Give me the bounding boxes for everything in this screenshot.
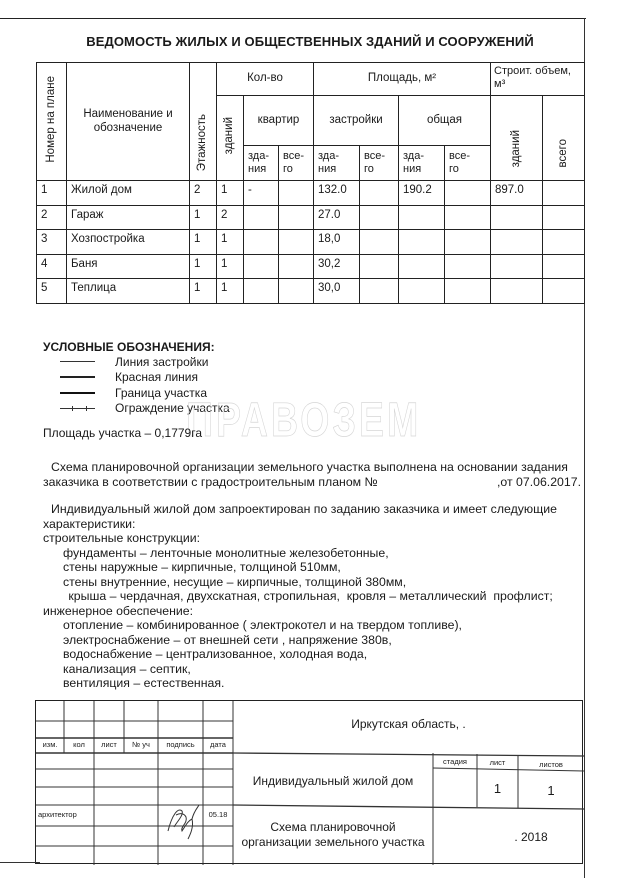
intro-line: характеристики: <box>43 517 583 532</box>
cell-apt-bld <box>244 230 279 255</box>
cell-apt-total <box>279 205 314 230</box>
object-name: Индивидуальный жилой дом <box>233 774 433 788</box>
cell-total-total <box>445 254 491 279</box>
header-area-built: застройки <box>314 96 399 146</box>
header-floors: Этажность <box>190 63 217 181</box>
sheet-title: Схема планировочной организации земельно… <box>233 820 433 850</box>
cell-apt-total <box>279 254 314 279</box>
signature-icon <box>164 801 200 841</box>
role-architect: архитектор <box>38 810 77 819</box>
cell-floors: 2 <box>190 181 217 206</box>
header-count: Кол-во <box>217 63 314 96</box>
cell-apt-total <box>279 230 314 255</box>
cell-buildings: 2 <box>217 205 244 230</box>
table-row: 2Гараж1227.0 <box>37 205 585 230</box>
header-area-total: общая <box>399 96 491 146</box>
stage-label: стадия <box>433 757 477 766</box>
cell-built-total <box>360 181 399 206</box>
sheet-title-line: Схема планировочной <box>233 820 433 835</box>
cell-apt-total <box>279 181 314 206</box>
tick-line-icon <box>60 408 95 409</box>
cell-num: 4 <box>37 254 67 279</box>
legend-item: Красная линия <box>43 370 230 386</box>
signature-date: 05.18 <box>203 810 233 819</box>
cell-total-bld <box>399 205 445 230</box>
cell-name: Баня <box>67 254 190 279</box>
plot-area-text: Площадь участка – 0,1779га <box>43 426 202 440</box>
col-label-count: кол <box>64 740 94 749</box>
table-row: 4Баня1130,2 <box>37 254 585 279</box>
cell-vol-total <box>543 254 585 279</box>
cell-floors: 1 <box>190 230 217 255</box>
buildings-table: Номер на плане Наименование и обозначени… <box>36 62 585 304</box>
cell-apt-bld <box>244 205 279 230</box>
col-label-doc-number: № уч <box>124 740 158 749</box>
header-area: Площадь, м² <box>314 63 491 96</box>
table-row: 1Жилой дом21-132.0190.2897.0 <box>37 181 585 206</box>
cell-vol-bld: 897.0 <box>491 181 543 206</box>
cell-total-bld <box>399 230 445 255</box>
sheet-value: 1 <box>477 781 518 796</box>
cell-num: 2 <box>37 205 67 230</box>
sheet-label: лист <box>477 758 518 767</box>
page-frame-top <box>0 18 586 19</box>
cell-vol-total <box>543 205 585 230</box>
header-built-total: все- го <box>360 146 399 181</box>
basis-line: Схема планировочной организации земельно… <box>43 460 583 475</box>
cell-buildings: 1 <box>217 254 244 279</box>
cell-name: Хозпостройка <box>67 230 190 255</box>
cell-vol-total <box>543 181 585 206</box>
cell-buildings: 1 <box>217 279 244 304</box>
cell-apt-bld: - <box>244 181 279 206</box>
cell-built-total <box>360 205 399 230</box>
cell-num: 5 <box>37 279 67 304</box>
legend-label: Красная линия <box>115 370 198 384</box>
cell-built-bld: 132.0 <box>314 181 360 206</box>
cell-total-bld: 190.2 <box>399 181 445 206</box>
thin-line-icon <box>60 361 95 362</box>
cell-built-total <box>360 230 399 255</box>
cell-total-total <box>445 205 491 230</box>
table-row: 3Хозпостройка1118,0 <box>37 230 585 255</box>
bold-line-icon <box>60 392 95 394</box>
sheets-label: листов <box>518 760 584 769</box>
engineering-item: вентиляция – естественная. <box>43 676 583 691</box>
construction-item: стены внутренние, несущие – кирпичные, т… <box>43 575 583 590</box>
cell-buildings: 1 <box>217 230 244 255</box>
engineering-item: водоснабжение – централизованное, холодн… <box>43 647 583 662</box>
construction-item: крыша – чердачная, двухскатная, стропиль… <box>43 589 583 604</box>
engineering-title: инженерное обеспечение: <box>43 604 583 619</box>
cell-buildings: 1 <box>217 181 244 206</box>
constructions-title: строительные конструкции: <box>43 531 583 546</box>
col-label-sheet: лист <box>94 740 124 749</box>
header-apartments: квартир <box>244 96 314 146</box>
header-area-per-building: зда- ния <box>399 146 445 181</box>
cell-apt-bld <box>244 279 279 304</box>
header-count-buildings: зданий <box>217 96 244 181</box>
cell-name: Гараж <box>67 205 190 230</box>
header-number: Номер на плане <box>37 63 67 181</box>
header-area-total-sum: все- го <box>445 146 491 181</box>
legend-label: Линия застройки <box>115 355 208 369</box>
cell-vol-bld <box>491 230 543 255</box>
medium-line-icon <box>60 376 95 378</box>
cell-built-bld: 18,0 <box>314 230 360 255</box>
page-edge-line <box>0 862 40 863</box>
plan-reference: заказчика в соответствии с градостроител… <box>43 475 378 490</box>
col-label-date: дата <box>203 740 233 749</box>
cell-num: 3 <box>37 230 67 255</box>
region-label: Иркутская область, . <box>233 717 584 731</box>
cell-total-bld <box>399 279 445 304</box>
cell-vol-total <box>543 279 585 304</box>
basis-line: заказчика в соответствии с градостроител… <box>43 475 581 490</box>
engineering-item: отопление – комбинированное ( электрокот… <box>43 618 583 633</box>
cell-name: Теплица <box>67 279 190 304</box>
cell-built-bld: 27.0 <box>314 205 360 230</box>
header-name: Наименование и обозначение <box>67 63 190 181</box>
engineering-item: канализация – септик, <box>43 662 583 677</box>
cell-total-total <box>445 230 491 255</box>
engineering-item: электроснабжение – от внешней сети , нап… <box>43 633 583 648</box>
table-row: 5Теплица1130,0 <box>37 279 585 304</box>
col-label-signature: подпись <box>158 740 203 749</box>
watermark: ПРАВОЗЕМ <box>186 393 421 448</box>
characteristics-paragraph: Индивидуальный жилой дом запроектирован … <box>43 502 583 691</box>
plan-date: ,от 07.06.2017. <box>497 475 581 490</box>
header-volume: Строит. объем, м³ <box>491 63 585 96</box>
sheets-value: 1 <box>518 783 584 798</box>
cell-built-total <box>360 279 399 304</box>
construction-item: стены наружные – кирпичные, толщиной 510… <box>43 560 583 575</box>
construction-item: фундаменты – ленточные монолитные железо… <box>43 546 583 561</box>
cell-name: Жилой дом <box>67 181 190 206</box>
cell-floors: 1 <box>190 205 217 230</box>
cell-total-total <box>445 181 491 206</box>
year-label: . 2018 <box>496 830 566 844</box>
cell-apt-total <box>279 279 314 304</box>
header-apt-total: все- го <box>279 146 314 181</box>
cell-built-bld: 30,2 <box>314 254 360 279</box>
header-volume-buildings: зданий <box>491 96 543 181</box>
header-built-per-building: зда- ния <box>314 146 360 181</box>
document-title: ВЕДОМОСТЬ ЖИЛЫХ И ОБЩЕСТВЕННЫХ ЗДАНИЙ И … <box>36 34 584 49</box>
cell-built-total <box>360 254 399 279</box>
cell-vol-bld <box>491 254 543 279</box>
title-block: изм. кол лист № уч подпись дата архитект… <box>35 700 583 864</box>
basis-paragraph: Схема планировочной организации земельно… <box>43 460 583 489</box>
legend-title: УСЛОВНЫЕ ОБОЗНАЧЕНИЯ: <box>43 340 230 354</box>
header-volume-total: всего <box>543 96 585 181</box>
intro-line: Индивидуальный жилой дом запроектирован … <box>43 502 583 517</box>
cell-total-bld <box>399 254 445 279</box>
cell-floors: 1 <box>190 254 217 279</box>
header-apt-per-building: зда- ния <box>244 146 279 181</box>
cell-vol-bld <box>491 205 543 230</box>
legend-item: Линия застройки <box>43 354 230 370</box>
cell-vol-bld <box>491 279 543 304</box>
cell-built-bld: 30,0 <box>314 279 360 304</box>
cell-floors: 1 <box>190 279 217 304</box>
cell-vol-total <box>543 230 585 255</box>
cell-apt-bld <box>244 254 279 279</box>
cell-num: 1 <box>37 181 67 206</box>
col-label-change: изм. <box>36 740 64 749</box>
sheet-title-line: организации земельного участка <box>233 835 433 850</box>
cell-total-total <box>445 279 491 304</box>
